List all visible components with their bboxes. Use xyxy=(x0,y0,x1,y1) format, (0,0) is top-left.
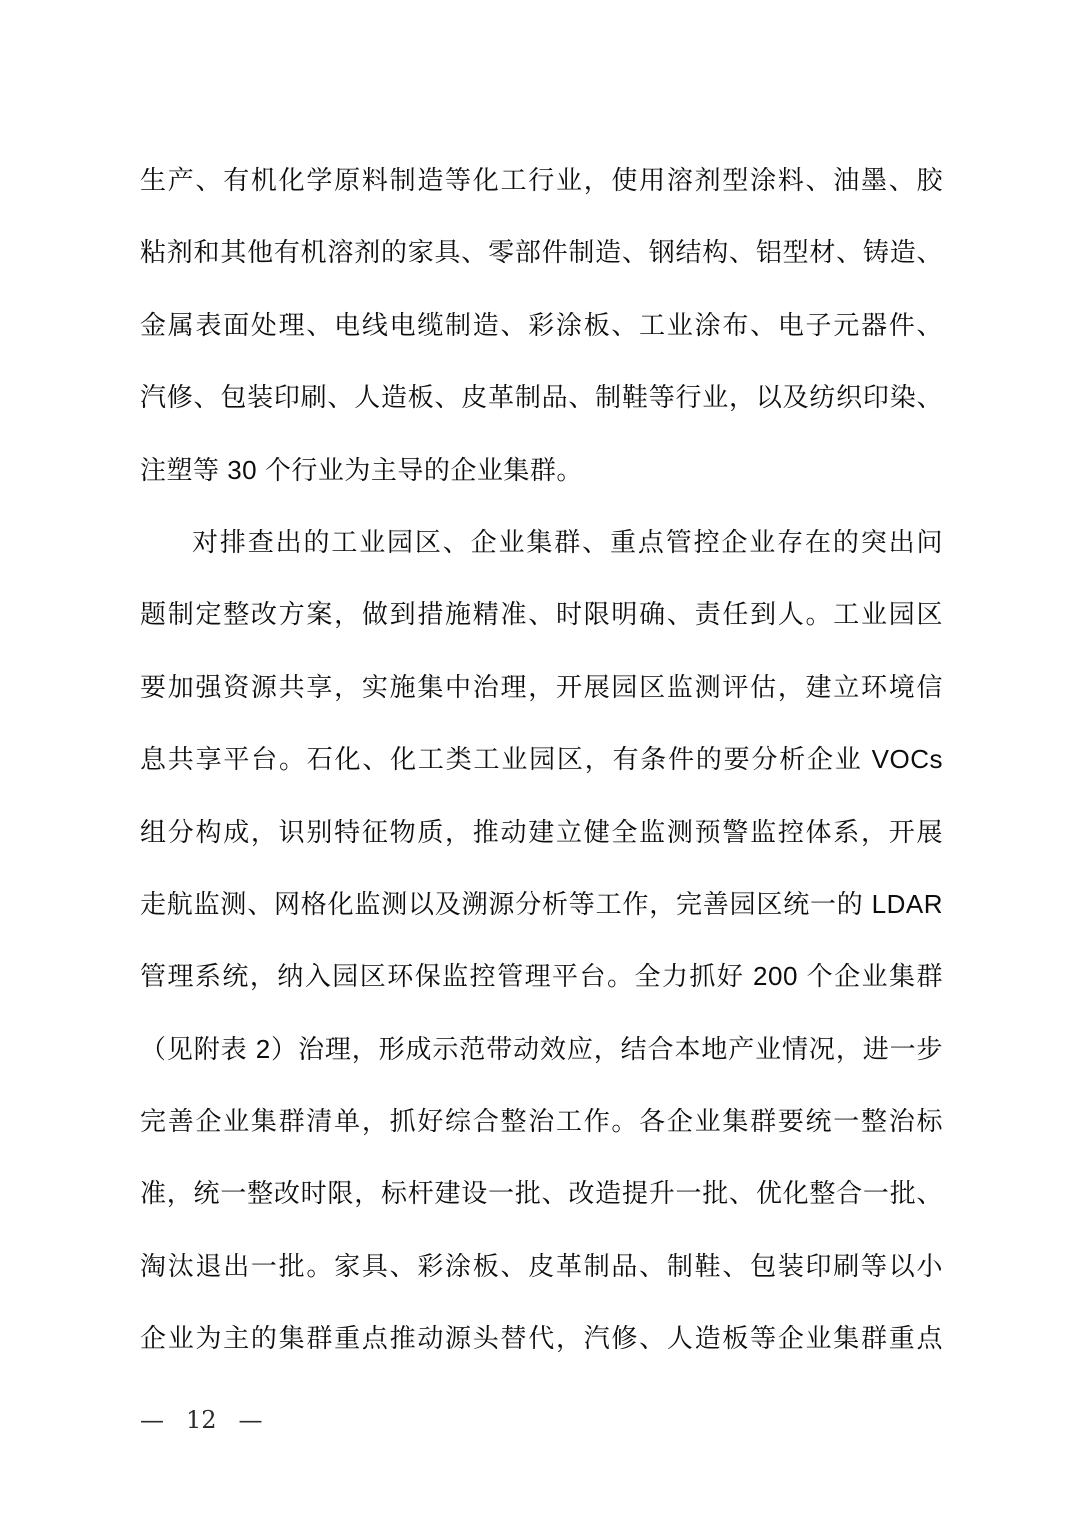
text-line: 准，统一整改时限，标杆建设一批、改造提升一批、优化整合一批、 xyxy=(140,1157,943,1229)
text-line: 汽修、包装印刷、人造板、皮革制品、制鞋等行业，以及纺织印染、 xyxy=(140,361,943,433)
text-line: 完善企业集群清单，抓好综合整治工作。各企业集群要统一整治标 xyxy=(140,1085,943,1157)
body-text: 生产、有机化学原料制造等化工行业，使用溶剂型涂料、油墨、胶 粘剂和其他有机溶剂的… xyxy=(140,144,943,1375)
text-line: 组分构成，识别特征物质，推动建立健全监测预警监控体系，开展 xyxy=(140,796,943,868)
text-line: 企业为主的集群重点推动源头替代，汽修、人造板等企业集群重点 xyxy=(140,1302,943,1374)
footer-right-dash: — xyxy=(239,1406,263,1434)
text-line: 息共享平台。石化、化工类工业园区，有条件的要分析企业 VOCs xyxy=(140,723,943,795)
page-number: 12 xyxy=(186,1406,217,1434)
text-line: 淘汰退出一批。家具、彩涂板、皮革制品、制鞋、包装印刷等以小 xyxy=(140,1230,943,1302)
text-line: 管理系统，纳入园区环保监控管理平台。全力抓好 200 个企业集群 xyxy=(140,940,943,1012)
text-line: 题制定整改方案，做到措施精准、时限明确、责任到人。工业园区 xyxy=(140,578,943,650)
text-line-paragraph-end: 注塑等 30 个行业为主导的企业集群。 xyxy=(140,434,943,506)
text-line: 生产、有机化学原料制造等化工行业，使用溶剂型涂料、油墨、胶 xyxy=(140,144,943,216)
text-line: 金属表面处理、电线电缆制造、彩涂板、工业涂布、电子元器件、 xyxy=(140,289,943,361)
text-line-paragraph-start: 对排查出的工业园区、企业集群、重点管控企业存在的突出问 xyxy=(140,506,943,578)
text-line: 走航监测、网格化监测以及溯源分析等工作，完善园区统一的 LDAR xyxy=(140,868,943,940)
document-page: 生产、有机化学原料制造等化工行业，使用溶剂型涂料、油墨、胶 粘剂和其他有机溶剂的… xyxy=(0,0,1080,1527)
text-line: 要加强资源共享，实施集中治理，开展园区监测评估，建立环境信 xyxy=(140,651,943,723)
footer-left-dash: — xyxy=(140,1406,164,1434)
page-footer: — 12 — xyxy=(140,1406,263,1434)
text-line: 粘剂和其他有机溶剂的家具、零部件制造、钢结构、铝型材、铸造、 xyxy=(140,216,943,288)
text-line: （见附表 2）治理，形成示范带动效应，结合本地产业情况，进一步 xyxy=(140,1013,943,1085)
